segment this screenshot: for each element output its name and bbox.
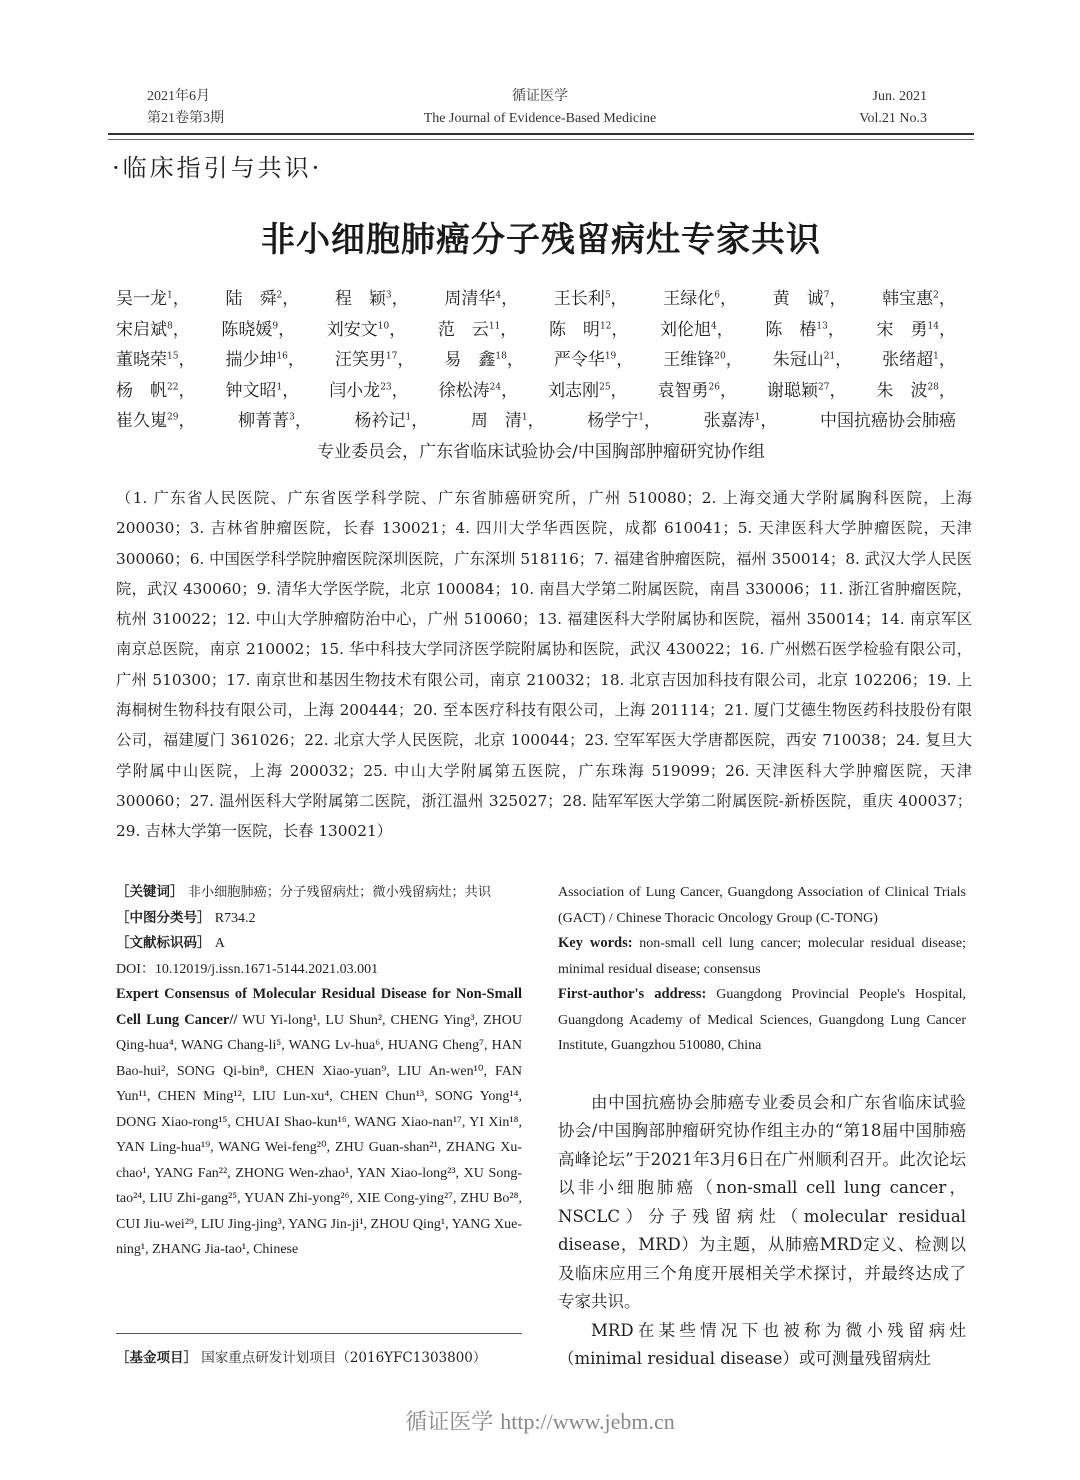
footer-url[interactable]: http://www.jebm.cn: [500, 1409, 675, 1434]
header-date-issue: 2021年6月 第21卷第3期: [147, 86, 224, 130]
document-code-value: A: [215, 936, 225, 951]
author: 王维锋20，: [663, 345, 742, 376]
funding: ［基金项目］ 国家重点研发计划项目（2016YFC1303800）: [116, 1346, 486, 1366]
author: 周清华4，: [444, 284, 518, 315]
first-author-address: First-author's address: Guangdong Provin…: [558, 982, 966, 1059]
right-column: Association of Lung Cancer, Guangdong As…: [558, 880, 966, 1374]
journal-name-cn: 循证医学: [300, 86, 780, 108]
author-org-start: 中国抗癌协会肺癌: [820, 406, 956, 437]
funding-value: 国家重点研发计划项目（2016YFC1303800）: [201, 1350, 486, 1366]
left-column: ［关键词］ 非小细胞肺癌；分子残留病灶；微小残留病灶；共识 ［中图分类号］ R7…: [116, 880, 522, 1263]
header-date-en: Jun. 2021: [859, 86, 927, 108]
author: 闫小龙23，: [329, 376, 408, 407]
author-row: 崔久嵬29， 柳菁菁3， 杨衿记1， 周 清1， 杨学宁1， 张嘉涛1， 中国抗…: [116, 406, 956, 437]
doi: DOI：10.12019/j.issn.1671-5144.2021.03.00…: [116, 957, 522, 983]
author: 王绿化6，: [663, 284, 737, 315]
author: 陈 明12，: [549, 315, 628, 346]
clc-value: R734.2: [215, 911, 256, 926]
author: 王长利5，: [554, 284, 628, 315]
body-paragraph: 由中国抗癌协会肺癌专业委员会和广东省临床试验协会/中国胸部肿瘤研究协作组主办的“…: [558, 1089, 966, 1317]
header-volume-issue: 第21卷第3期: [147, 108, 224, 130]
keywords-value: 非小细胞肺癌；分子残留病灶；微小残留病灶；共识: [188, 885, 491, 900]
author: 杨学宁1，: [587, 406, 661, 437]
author: 徐松涛24，: [439, 376, 518, 407]
author: 崔久嵬29，: [116, 406, 195, 437]
author-row: 杨 帆22， 钟文昭1， 闫小龙23， 徐松涛24， 刘志刚25， 袁智勇26，…: [116, 376, 956, 407]
author: 范 云11，: [438, 315, 517, 346]
author: 周 清1，: [471, 406, 545, 437]
author: 袁智勇26，: [658, 376, 737, 407]
author: 汪笑男17，: [335, 345, 414, 376]
funding-label: ［基金项目］: [116, 1350, 197, 1366]
affiliations: （1. 广东省人民医院、广东省医学科学院、广东省肺癌研究所，广州 510080；…: [116, 483, 972, 847]
author: 陈 椿13，: [765, 315, 844, 346]
english-authors: WU Yi-long¹, LU Shun², CHENG Ying³, ZHOU…: [116, 1013, 522, 1258]
author: 揣少坤16，: [225, 345, 304, 376]
author: 杨 帆22，: [116, 376, 195, 407]
author-row: 董晓荣15， 揣少坤16， 汪笑男17， 易 鑫18， 严令华19， 王维锋20…: [116, 345, 956, 376]
document-code: ［文献标识码］ A: [116, 931, 522, 957]
author: 朱 波28，: [876, 376, 955, 407]
header-rule-thin: [108, 139, 974, 140]
footer-watermark: 循证医学 http://www.jebm.cn: [0, 1405, 1080, 1436]
author: 杨衿记1，: [354, 406, 428, 437]
header-date: 2021年6月: [147, 86, 224, 108]
english-keywords-label: Key words:: [558, 935, 633, 951]
author-org-line: 专业委员会，广东省临床试验协会/中国胸部肿瘤研究协作组: [116, 437, 966, 468]
keywords-label: ［关键词］: [116, 884, 184, 900]
keywords: ［关键词］ 非小细胞肺癌；分子残留病灶；微小残留病灶；共识: [116, 880, 522, 906]
footer-journal: 循证医学: [405, 1410, 493, 1435]
english-authors-continued: Association of Lung Cancer, Guangdong As…: [558, 880, 966, 931]
header-rule-thick: [108, 133, 974, 135]
author: 严令华19，: [554, 345, 633, 376]
document-code-label: ［文献标识码］: [116, 935, 211, 951]
body-paragraph: MRD在某些情况下也被称为微小残留病灶（minimal residual dis…: [558, 1317, 966, 1374]
author: 程 颖3，: [335, 284, 409, 315]
clc-label: ［中图分类号］: [116, 910, 211, 926]
author: 陆 舜2，: [225, 284, 299, 315]
author: 张绪超1，: [882, 345, 956, 376]
author: 易 鑫18，: [444, 345, 523, 376]
author-row: 宋启斌8， 陈晓媛9， 刘安文10， 范 云11， 陈 明12， 刘伦旭4， 陈…: [116, 315, 956, 346]
header-volume-issue-en: Vol.21 No.3: [859, 108, 927, 130]
author: 董晓荣15，: [116, 345, 195, 376]
header-journal: 循证医学 The Journal of Evidence-Based Medic…: [300, 86, 780, 130]
author: 谢聪颖27，: [767, 376, 846, 407]
author: 钟文昭1，: [225, 376, 299, 407]
author: 韩宝惠2，: [882, 284, 956, 315]
author: 黄 诚7，: [773, 284, 847, 315]
author: 刘志刚25，: [548, 376, 627, 407]
author-row: 吴一龙1， 陆 舜2， 程 颖3， 周清华4， 王长利5， 王绿化6， 黄 诚7…: [116, 284, 956, 315]
footnote-rule: [116, 1333, 522, 1334]
author: 刘安文10，: [327, 315, 406, 346]
section-tag: ·临床指引与共识·: [112, 148, 322, 183]
header-date-issue-en: Jun. 2021 Vol.21 No.3: [859, 86, 927, 130]
english-keywords: Key words: non-small cell lung cancer; m…: [558, 931, 966, 982]
clc-number: ［中图分类号］ R734.2: [116, 906, 522, 932]
article-title: 非小细胞肺癌分子残留病灶专家共识: [108, 212, 974, 261]
author: 宋 勇14，: [877, 315, 956, 346]
author: 刘伦旭4，: [660, 315, 734, 346]
first-author-address-label: First-author's address:: [558, 986, 706, 1002]
author: 朱冠山21，: [773, 345, 852, 376]
author: 柳菁菁3，: [238, 406, 312, 437]
author-list: 吴一龙1， 陆 舜2， 程 颖3， 周清华4， 王长利5， 王绿化6， 黄 诚7…: [116, 284, 976, 467]
author: 张嘉涛1，: [704, 406, 778, 437]
english-citation: Expert Consensus of Molecular Residual D…: [116, 982, 522, 1263]
author: 宋启斌8，: [116, 315, 190, 346]
author: 吴一龙1，: [116, 284, 190, 315]
author: 陈晓媛9，: [221, 315, 295, 346]
journal-name-en: The Journal of Evidence-Based Medicine: [300, 108, 780, 130]
